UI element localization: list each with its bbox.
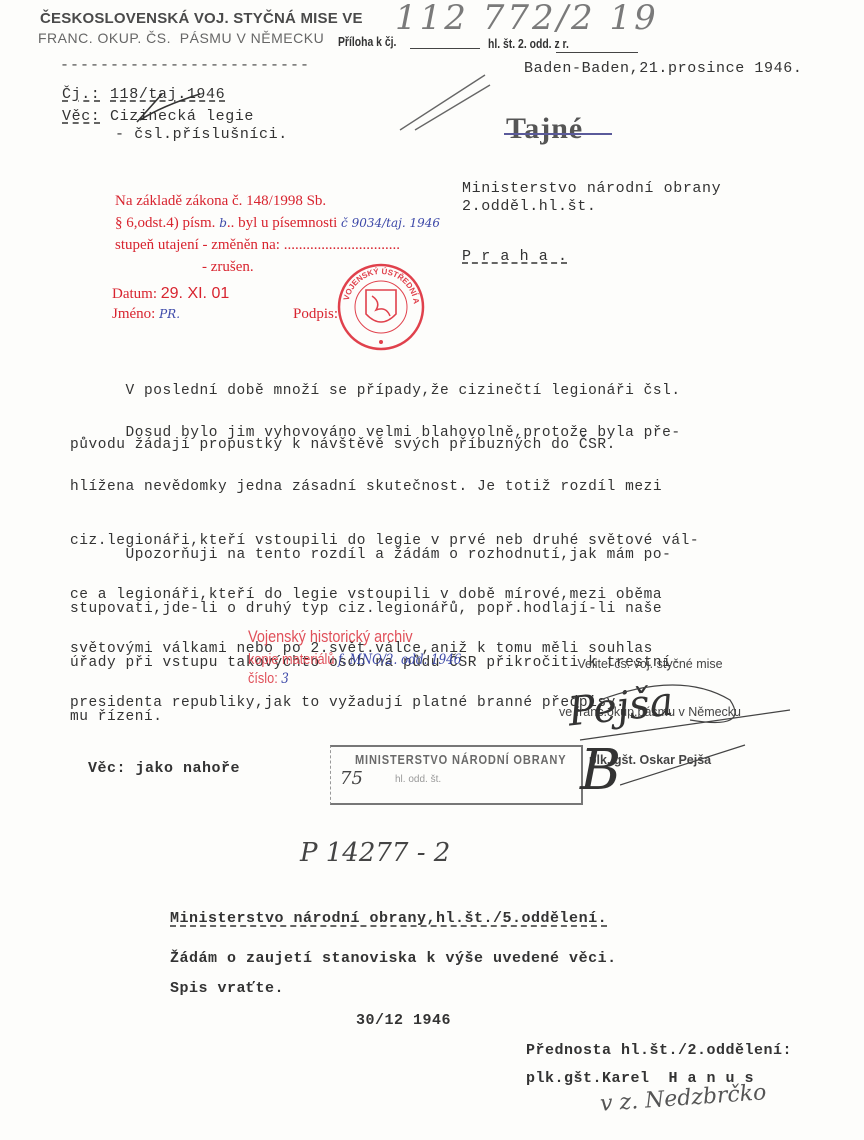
archive-copy-cislo-value: 3 [281,671,289,687]
declass-line4: - zrušen. [202,256,254,278]
recipient-city: P r a h a . [462,248,568,265]
declass-line2: § 6,odst.4) písm. b.. byl u písemnosti č… [115,212,440,234]
place-date: Baden-Baden,21.prosince 1946. [524,60,802,77]
body-line: stupovati,jde-li o druhý typ ciz.legioná… [70,600,681,618]
ministry-stamp-handwritten: 75 [340,768,363,789]
letterhead-line1: ČESKOSLOVENSKÁ VOJ. STYČNÁ MISE VE [40,10,363,28]
archive-copy-line2: kopie materiálů f. MNO/2. odd. 1946 [248,651,461,669]
archive-copy-line3: číslo: 3 [248,670,289,688]
signatory-title: Přednosta hl.št./2.oddělení: [526,1042,792,1059]
declass-datum: Datum: 29. XI. 01 [112,283,229,305]
priloha-line [410,48,480,49]
classification-strike [504,133,612,135]
svg-text:VOJENSKÝ ÚSTŘEDNÍ ARCHIV: VOJENSKÝ ÚSTŘEDNÍ ARCHIV [336,262,421,305]
second-date: 30/12 1946 [356,1012,451,1029]
second-request: Žádám o zaujetí stanoviska k výše uveden… [170,950,617,967]
vec-label: Věc: [62,108,100,125]
declass-line2-handwritten: č 9034/taj. 1946 [341,216,440,230]
letterhead-divider: ------------------------- [60,57,310,74]
vec-value: Cizinecká legie [110,108,254,125]
archive-copy-cislo-label: číslo: [248,670,278,687]
mark-stroke [620,740,750,790]
vec-line2: - čsl.příslušníci. [115,126,288,143]
seal-text: VOJENSKÝ ÚSTŘEDNÍ ARCHIV [336,262,421,305]
archive-copy-label: kopie materiálů [248,651,334,668]
second-vec: Věc: jako nahoře [88,760,240,777]
handwritten-ref: P 14277 - 2 [300,838,450,868]
priloha-year-line [556,52,638,53]
declass-line2-suffix: byl u písemnosti [238,215,337,231]
datum-label: Datum: [112,286,157,302]
declass-line3: stupeň utajení - změněn na: ............… [115,234,400,256]
declass-podpis: Podpis: [293,303,338,325]
recipient-line2: 2.odděl.hl.št. [462,198,596,215]
declass-line2-prefix: § 6,odst.4) písm. [115,215,215,231]
handwritten-number: 112 772/2 19 [395,0,659,38]
declass-line1: Na základě zákona č. 148/1998 Sb. [115,190,326,212]
pencil-strokes [395,55,495,135]
ministry-stamp-subtext: hl. odd. št. [395,774,441,785]
body-line: Upozorňuji na tento rozdíl a žádám o roz… [70,546,681,564]
body-line: Dosud bylo jim vyhovováno velmi blahovol… [70,424,699,442]
priloha-suffix: hl. št. 2. odd. z r. [488,36,569,51]
cj-label-text: Čj.: [62,86,100,103]
archive-seal-icon: VOJENSKÝ ÚSTŘEDNÍ ARCHIV [336,262,426,352]
archive-copy-line1: Vojenský historický archiv [248,628,413,646]
declass-jmeno: Jméno: PR. [112,303,180,325]
recipient-line1: Ministerstvo národní obrany [462,180,721,197]
ministry-stamp-text: MINISTERSTVO NÁRODNÍ OBRANY [355,752,566,767]
signature-flourish [560,660,800,750]
jmeno-value: PR. [159,307,180,321]
second-return-note: Spis vraťte. [170,980,284,997]
vec-line1: Věc: Cizinecká legie [62,108,254,125]
second-addressee: Ministerstvo národní obrany,hl.št./5.odd… [170,910,607,927]
jmeno-label: Jméno: [112,306,155,322]
ministry-stamp-mark: B [580,738,621,803]
archive-copy-value: f. MNO/2. odd. 1946 [338,652,461,668]
declass-line2-fill: b [219,216,227,230]
letterhead-line2: FRANC. OKUP. ČS. PÁSMU V NĚMECKU [38,30,324,46]
priloha-label: Příloha k čj. [338,34,396,49]
datum-value: 29. XI. 01 [161,285,230,302]
body-line: hlížena nevědomky jedna zásadní skutečno… [70,478,699,496]
classification-label: Tajné [506,112,583,146]
